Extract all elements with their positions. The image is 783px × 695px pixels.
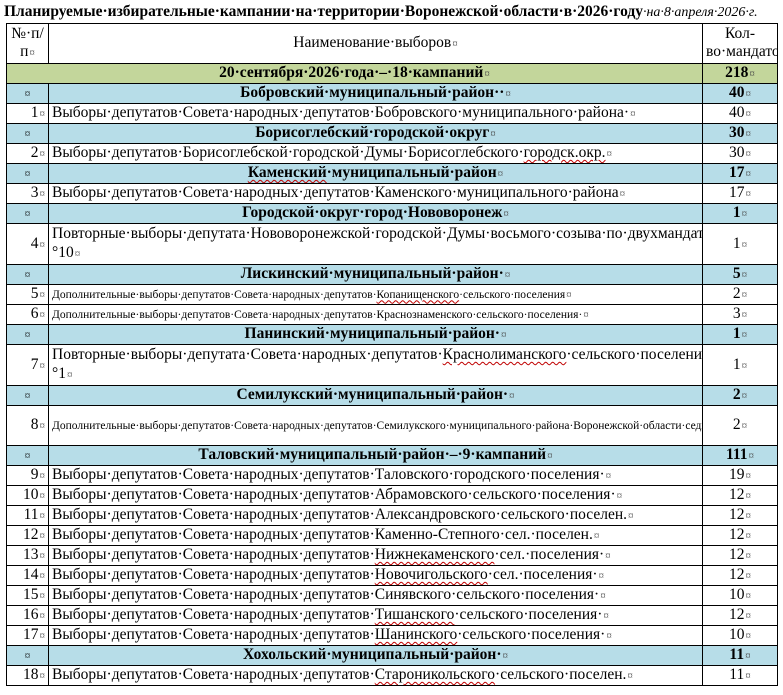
cell-end-mark: ¤	[40, 239, 46, 251]
election-name: Выборы·депутатов·Совета·народных·депутат…	[49, 546, 703, 566]
cell-text: Выборы·депутатов·Совета·народных·депутат…	[52, 486, 616, 503]
election-num: 11¤	[7, 506, 49, 526]
total-label: 20·сентября·2026·года·–·18·кампаний¤	[7, 64, 703, 84]
election-num: 4¤	[7, 224, 49, 265]
district-name: Таловский·муниципальный·район·–·9·кампан…	[49, 446, 703, 466]
cell-text: 12	[729, 606, 745, 623]
election-count: 10¤	[703, 586, 778, 606]
election-row: 5¤Дополнительные·выборы·депутатов·Совета…	[7, 285, 778, 305]
election-count: 1¤	[703, 224, 778, 265]
cell-text: Семилукский·муниципальный·район·	[236, 386, 508, 403]
cell-end-mark: ¤	[498, 168, 504, 180]
election-name: Дополнительные·выборы·депутатов·Совета·н…	[49, 305, 703, 325]
cell-end-mark: ¤	[742, 360, 748, 372]
district-count: 30¤	[703, 124, 778, 144]
cell-text: 1	[733, 325, 741, 342]
election-num: 17¤	[7, 626, 49, 646]
election-count: 10¤	[703, 626, 778, 646]
cell-end-mark: ¤	[503, 650, 509, 662]
cell-end-mark: ¤	[627, 670, 633, 682]
election-name: Выборы·депутатов·Совета·народных·депутат…	[49, 486, 703, 506]
district-row: ¤Городской·округ·город·Нововоронеж¤1¤	[7, 204, 778, 224]
cell-end-mark: ¤	[749, 450, 755, 462]
cell-text: 1	[733, 235, 741, 252]
election-name: Выборы·депутатов·Совета·народных·депутат…	[49, 586, 703, 606]
header-num: №·п/п¤	[7, 24, 49, 64]
cell-text: Борисоглебский·городской·округ	[255, 124, 489, 141]
cell-text: Дополнительные·выборы·депутатов·Совета·н…	[52, 309, 582, 321]
cell-text: 12	[729, 526, 745, 543]
cell-end-mark: ¤	[742, 420, 748, 432]
cell-text: 11	[729, 666, 744, 683]
cell-text: 2	[733, 386, 741, 403]
cell-end-mark: ¤	[742, 239, 748, 251]
district-count: 17¤	[703, 164, 778, 184]
cell-text: Выборы·депутатов·Совета·народных·депутат…	[52, 184, 619, 201]
cell-end-mark: ¤	[505, 269, 511, 281]
cell-end-mark: ¤	[606, 470, 612, 482]
election-name: Выборы·депутатов·Борисоглебской·городско…	[49, 144, 703, 164]
election-row: 8¤Дополнительные·выборы·депутатов·Совета…	[7, 406, 778, 446]
spellcheck-underline: Староникольского	[375, 666, 495, 683]
cell-text: 40	[729, 84, 745, 101]
election-num: 7¤	[7, 345, 49, 386]
cell-text: 12	[729, 566, 745, 583]
cell-end-mark: ¤	[583, 309, 589, 321]
election-count: 12¤	[703, 526, 778, 546]
district-num-cell: ¤	[7, 84, 49, 104]
cell-end-mark: ¤	[509, 390, 515, 402]
election-count: 12¤	[703, 506, 778, 526]
cell-end-mark: ¤	[25, 128, 31, 140]
cell-text: Хохольский·муниципальный·район·	[243, 646, 502, 663]
district-count: 111¤	[703, 446, 778, 466]
cell-end-mark: ¤	[746, 128, 752, 140]
district-count: 5¤	[703, 265, 778, 285]
cell-end-mark: ¤	[746, 610, 752, 622]
election-name: Выборы·депутатов·Совета·народных·депутат…	[49, 566, 703, 586]
cell-text: Дополнительные·выборы·депутатов·Совета·н…	[52, 420, 703, 432]
cell-text: Выборы·депутатов·Совета·народных·депутат…	[52, 526, 593, 543]
cell-end-mark: ¤	[25, 450, 31, 462]
cell-text: Повторные·выборы·депутата·Совета·народны…	[52, 346, 703, 382]
cell-text: 17	[729, 164, 745, 181]
cell-end-mark: ¤	[746, 510, 752, 522]
cell-end-mark: ¤	[505, 88, 511, 100]
cell-text: Выборы·депутатов·Совета·народных·депутат…	[52, 606, 602, 623]
table-header-row: №·п/п¤ Наименование·выборов¤ Кол-во·манд…	[7, 24, 778, 64]
election-num: 9¤	[7, 466, 49, 486]
cell-end-mark: ¤	[599, 570, 605, 582]
cell-end-mark: ¤	[746, 108, 752, 120]
cell-text: 2	[31, 144, 39, 161]
cell-end-mark: ¤	[620, 188, 626, 200]
cell-end-mark: ¤	[745, 650, 751, 662]
cell-end-mark: ¤	[490, 128, 496, 140]
election-count: 17¤	[703, 184, 778, 204]
cell-text: 16	[23, 606, 39, 623]
election-num: 18¤	[7, 666, 49, 686]
election-name: Выборы·депутатов·Совета·народных·депутат…	[49, 626, 703, 646]
cell-text: Выборы·депутатов·Борисоглебской·городско…	[52, 144, 606, 161]
cell-text: 13	[23, 546, 39, 563]
district-row: ¤Бобровский·муниципальный·район··¤40¤	[7, 84, 778, 104]
election-num: 14¤	[7, 566, 49, 586]
election-name: Дополнительные·выборы·депутатов·Совета·н…	[49, 406, 703, 446]
district-num-cell: ¤	[7, 164, 49, 184]
cell-end-mark: ¤	[40, 148, 46, 160]
cell-end-mark: ¤	[25, 390, 31, 402]
election-num: 10¤	[7, 486, 49, 506]
election-num: 5¤	[7, 285, 49, 305]
cell-text: 12	[729, 546, 745, 563]
election-name: Повторные·выборы·депутата·Нововоронежско…	[49, 224, 703, 265]
election-count: 11¤	[703, 666, 778, 686]
district-row: ¤Панинский·муниципальный·район·¤1¤	[7, 325, 778, 345]
election-row: 4¤Повторные·выборы·депутата·Нововоронежс…	[7, 224, 778, 265]
cell-text: 18	[23, 666, 39, 683]
cell-end-mark: ¤	[40, 360, 46, 372]
cell-end-mark: ¤	[566, 289, 572, 301]
cell-end-mark: ¤	[25, 329, 31, 341]
district-count: 1¤	[703, 204, 778, 224]
cell-end-mark: ¤	[746, 470, 752, 482]
election-row: 12¤Выборы·депутатов·Совета·народных·депу…	[7, 526, 778, 546]
cell-text: 10	[23, 486, 39, 503]
cell-end-mark: ¤	[40, 670, 46, 682]
district-count: 11¤	[703, 646, 778, 666]
campaigns-table: №·п/п¤ Наименование·выборов¤ Кол-во·манд…	[6, 23, 778, 686]
cell-end-mark: ¤	[40, 420, 46, 432]
election-name: Выборы·депутатов·Совета·народных·депутат…	[49, 526, 703, 546]
header-count: Кол-во·мандатов¤	[703, 24, 778, 64]
cell-end-mark: ¤	[746, 188, 752, 200]
election-row: 6¤Дополнительные·выборы·депутатов·Совета…	[7, 305, 778, 325]
cell-text: Выборы·депутатов·Совета·народных·депутат…	[52, 466, 605, 483]
election-count: 30¤	[703, 144, 778, 164]
district-num-cell: ¤	[7, 124, 49, 144]
cell-text: 30	[729, 124, 745, 141]
election-num: 13¤	[7, 546, 49, 566]
election-name: Выборы·депутатов·Совета·народных·депутат…	[49, 506, 703, 526]
cell-end-mark: ¤	[628, 510, 634, 522]
cell-end-mark: ¤	[746, 530, 752, 542]
cell-end-mark: ¤	[40, 289, 46, 301]
district-count: 1¤	[703, 325, 778, 345]
header-name: Наименование·выборов¤	[49, 24, 703, 64]
cell-text: 7	[31, 356, 39, 373]
cell-text: 4	[31, 235, 39, 252]
cell-text: Городской·округ·город·Нововоронеж	[242, 204, 502, 221]
election-num: 16¤	[7, 606, 49, 626]
cell-end-mark: ¤	[746, 550, 752, 562]
election-num: 12¤	[7, 526, 49, 546]
district-name: Городской·округ·город·Нововоронеж¤	[49, 204, 703, 224]
district-name: Лискинский·муниципальный·район·¤	[49, 265, 703, 285]
cell-end-mark: ¤	[40, 610, 46, 622]
election-num: 2¤	[7, 144, 49, 164]
election-row: 17¤Выборы·депутатов·Совета·народных·депу…	[7, 626, 778, 646]
cell-end-mark: ¤	[40, 570, 46, 582]
cell-end-mark: ¤	[25, 208, 31, 220]
spellcheck-underline: Новочигольского	[375, 566, 488, 583]
cell-end-mark: ¤	[603, 610, 609, 622]
election-name: Выборы·депутатов·Совета·народных·депутат…	[49, 666, 703, 686]
election-row: 11¤Выборы·депутатов·Совета·народных·депу…	[7, 506, 778, 526]
cell-text: Выборы·депутатов·Совета·народных·депутат…	[52, 546, 604, 563]
district-num-cell: ¤	[7, 265, 49, 285]
cell-end-mark: ¤	[742, 309, 748, 321]
district-row: ¤Хохольский·муниципальный·район·¤11¤	[7, 646, 778, 666]
cell-end-mark: ¤	[40, 530, 46, 542]
cell-end-mark: ¤	[501, 329, 507, 341]
spellcheck-underline: городск.окр.	[524, 144, 606, 161]
cell-text: 5	[31, 285, 39, 302]
district-name: Семилукский·муниципальный·район·¤	[49, 386, 703, 406]
cell-end-mark: ¤	[607, 148, 613, 160]
district-num-cell: ¤	[7, 446, 49, 466]
cell-end-mark: ¤	[25, 269, 31, 281]
election-row: 3¤Выборы·депутатов·Совета·народных·депут…	[7, 184, 778, 204]
cell-text: Выборы·депутатов·Совета·народных·депутат…	[52, 666, 626, 683]
cell-end-mark: ¤	[25, 168, 31, 180]
cell-text: Таловский·муниципальный·район·–·9·кампан…	[198, 446, 546, 463]
cell-end-mark: ¤	[40, 470, 46, 482]
cell-end-mark: ¤	[40, 188, 46, 200]
cell-text: 1	[733, 204, 741, 221]
total-row: 20·сентября·2026·года·–·18·кампаний¤ 218…	[7, 64, 778, 84]
cell-text: 17	[23, 626, 39, 643]
district-row: ¤Лискинский·муниципальный·район·¤5¤	[7, 265, 778, 285]
document-title: Планируемые·избирательные·кампании·на·те…	[4, 2, 758, 23]
spellcheck-underline: Краснолиманского	[443, 346, 567, 363]
total-count: 218¤	[703, 64, 778, 84]
district-row: ¤Борисоглебский·городской·округ¤30¤	[7, 124, 778, 144]
cell-end-mark: ¤	[746, 630, 752, 642]
election-row: 10¤Выборы·депутатов·Совета·народных·депу…	[7, 486, 778, 506]
district-num-cell: ¤	[7, 386, 49, 406]
election-row: 18¤Выборы·депутатов·Совета·народных·депу…	[7, 666, 778, 686]
election-count: 1¤	[703, 345, 778, 386]
page-margin	[779, 23, 783, 695]
election-row: 9¤Выборы·депутатов·Совета·народных·депут…	[7, 466, 778, 486]
cell-text: 11	[24, 506, 39, 523]
cell-end-mark: ¤	[746, 168, 752, 180]
cell-text: 9	[31, 466, 39, 483]
election-num: 1¤	[7, 104, 49, 124]
cell-end-mark: ¤	[547, 450, 553, 462]
election-count: 12¤	[703, 566, 778, 586]
cell-end-mark: ¤	[67, 369, 73, 381]
election-num: 3¤	[7, 184, 49, 204]
title-date: ·на·8·апреля·2026·г.	[643, 5, 758, 20]
election-row: 13¤Выборы·депутатов·Совета·народных·депу…	[7, 546, 778, 566]
cell-end-mark: ¤	[746, 88, 752, 100]
cell-end-mark: ¤	[600, 590, 606, 602]
election-row: 14¤Выборы·депутатов·Совета·народных·депу…	[7, 566, 778, 586]
cell-end-mark: ¤	[40, 590, 46, 602]
election-name: Дополнительные·выборы·депутатов·Совета·н…	[49, 285, 703, 305]
cell-end-mark: ¤	[40, 108, 46, 120]
election-row: 7¤Повторные·выборы·депутата·Совета·народ…	[7, 345, 778, 386]
cell-text: 6	[31, 305, 39, 322]
cell-end-mark: ¤	[40, 630, 46, 642]
election-name: Выборы·депутатов·Совета·народных·депутат…	[49, 606, 703, 626]
cell-end-mark: ¤	[742, 208, 748, 220]
election-name: Выборы·депутатов·Совета·народных·депутат…	[49, 466, 703, 486]
cell-end-mark: ¤	[25, 650, 31, 662]
election-name: Повторные·выборы·депутата·Совета·народны…	[49, 345, 703, 386]
district-row: ¤Семилукский·муниципальный·район·¤2¤	[7, 386, 778, 406]
district-name: Борисоглебский·городской·округ¤	[49, 124, 703, 144]
election-name: Выборы·депутатов·Совета·народных·депутат…	[49, 104, 703, 124]
cell-end-mark: ¤	[742, 289, 748, 301]
cell-text: 11	[729, 646, 744, 663]
election-name: Выборы·депутатов·Совета·народных·депутат…	[49, 184, 703, 204]
election-count: 2¤	[703, 406, 778, 446]
title-main: Планируемые·избирательные·кампании·на·те…	[4, 3, 643, 20]
spellcheck-underline: Каменский	[248, 164, 327, 181]
district-num-cell: ¤	[7, 325, 49, 345]
election-count: 12¤	[703, 546, 778, 566]
cell-text: Дополнительные·выборы·депутатов·Совета·н…	[52, 289, 565, 301]
cell-end-mark: ¤	[742, 269, 748, 281]
cell-end-mark: ¤	[746, 570, 752, 582]
cell-text: 2	[733, 416, 741, 433]
cell-text: 19	[729, 466, 745, 483]
election-count: 12¤	[703, 606, 778, 626]
election-row: 2¤Выборы·депутатов·Борисоглебской·городс…	[7, 144, 778, 164]
cell-text: 3	[733, 305, 741, 322]
district-name: Хохольский·муниципальный·район·¤	[49, 646, 703, 666]
cell-text: Выборы·депутатов·Совета·народных·депутат…	[52, 506, 627, 523]
election-count: 3¤	[703, 305, 778, 325]
cell-text: Выборы·депутатов·Совета·народных·депутат…	[52, 104, 629, 121]
cell-end-mark: ¤	[630, 108, 636, 120]
cell-end-mark: ¤	[40, 510, 46, 522]
cell-text: 30	[729, 144, 745, 161]
election-row: 16¤Выборы·депутатов·Совета·народных·депу…	[7, 606, 778, 626]
election-row: 1¤Выборы·депутатов·Совета·народных·депут…	[7, 104, 778, 124]
cell-text: 15	[23, 586, 39, 603]
cell-text: Выборы·депутатов·Совета·народных·депутат…	[52, 626, 605, 643]
cell-text: 12	[729, 506, 745, 523]
cell-text: 2	[733, 285, 741, 302]
cell-end-mark: ¤	[40, 309, 46, 321]
district-count: 40¤	[703, 84, 778, 104]
cell-end-mark: ¤	[746, 148, 752, 160]
cell-end-mark: ¤	[75, 248, 81, 260]
election-count: 12¤	[703, 486, 778, 506]
district-row: ¤Каменский·муниципальный·район¤17¤	[7, 164, 778, 184]
election-num: 6¤	[7, 305, 49, 325]
district-count: 2¤	[703, 386, 778, 406]
cell-text: 5	[733, 265, 741, 282]
cell-end-mark: ¤	[746, 590, 752, 602]
spellcheck-underline: Тишанского	[375, 606, 455, 623]
cell-end-mark: ¤	[742, 329, 748, 341]
cell-text: 10	[729, 626, 745, 643]
cell-end-mark: ¤	[606, 630, 612, 642]
cell-end-mark: ¤	[745, 670, 751, 682]
cell-end-mark: ¤	[617, 490, 623, 502]
cell-end-mark: ¤	[594, 530, 600, 542]
cell-text: 14	[23, 566, 39, 583]
cell-text: 17	[729, 184, 745, 201]
district-name: Панинский·муниципальный·район·¤	[49, 325, 703, 345]
district-name: Бобровский·муниципальный·район··¤	[49, 84, 703, 104]
cell-text: 12	[729, 486, 745, 503]
cell-end-mark: ¤	[746, 490, 752, 502]
cell-text: Выборы·депутатов·Совета·народных·депутат…	[52, 566, 598, 583]
cell-text: 3	[31, 184, 39, 201]
cell-end-mark: ¤	[605, 550, 611, 562]
spellcheck-underline: Шанинского	[375, 626, 458, 643]
district-name: Каменский·муниципальный·район¤	[49, 164, 703, 184]
district-num-cell: ¤	[7, 646, 49, 666]
cell-end-mark: ¤	[40, 490, 46, 502]
cell-text: Каменский·муниципальный·район	[248, 164, 497, 181]
spellcheck-underline: Копанищенского	[377, 289, 460, 301]
cell-text: 40	[729, 104, 745, 121]
cell-end-mark: ¤	[742, 390, 748, 402]
cell-text: Лискинский·муниципальный·район·	[241, 265, 504, 282]
spellcheck-underline: Нижнекаменского	[375, 546, 495, 563]
cell-text: 8	[31, 416, 39, 433]
cell-text: 111	[726, 446, 748, 463]
cell-text: Бобровский·муниципальный·район··	[240, 84, 504, 101]
election-num: 8¤	[7, 406, 49, 446]
cell-end-mark: ¤	[40, 550, 46, 562]
cell-text: 1	[733, 356, 741, 373]
cell-text: Повторные·выборы·депутата·Нововоронежско…	[52, 225, 703, 261]
district-num-cell: ¤	[7, 204, 49, 224]
cell-text: 1	[31, 104, 39, 121]
election-row: 15¤Выборы·депутатов·Совета·народных·депу…	[7, 586, 778, 606]
cell-end-mark: ¤	[503, 208, 509, 220]
cell-text: Выборы·депутатов·Совета·народных·депутат…	[52, 586, 599, 603]
election-count: 40¤	[703, 104, 778, 124]
election-count: 2¤	[703, 285, 778, 305]
election-num: 15¤	[7, 586, 49, 606]
cell-text: Панинский·муниципальный·район·	[245, 325, 500, 342]
cell-text: 12	[23, 526, 39, 543]
cell-text: 10	[729, 586, 745, 603]
district-row: ¤Таловский·муниципальный·район·–·9·кампа…	[7, 446, 778, 466]
cell-end-mark: ¤	[25, 88, 31, 100]
election-count: 19¤	[703, 466, 778, 486]
